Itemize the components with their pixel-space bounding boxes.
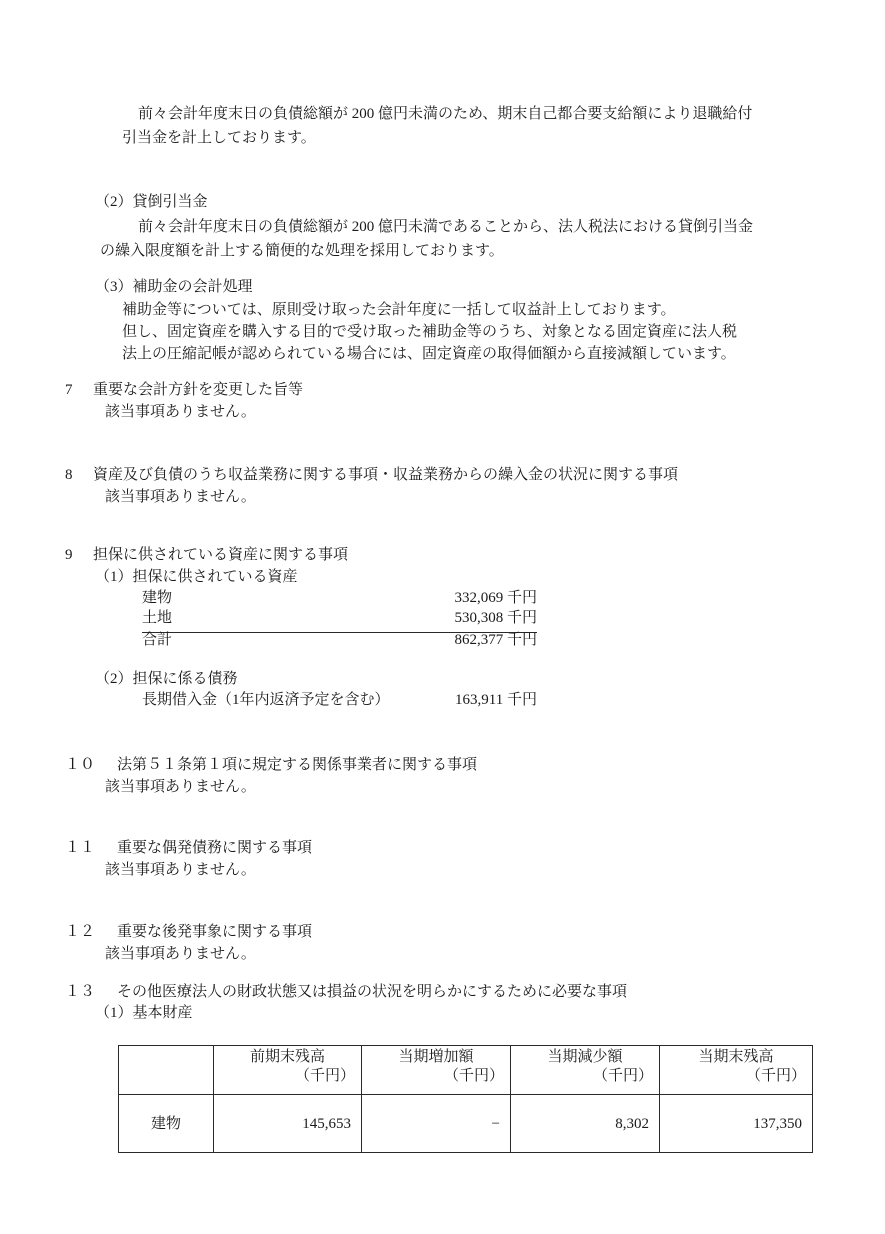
section-7-heading: 7重要な会計方針を変更した旨等 [65,380,303,400]
row-label-building: 建物 [119,1095,214,1153]
header-cell-increase: 当期増加額 （千円） [362,1046,511,1095]
secured-debt-value: 163,911 千円 [455,690,537,710]
section-12-heading: １２重要な後発事象に関する事項 [65,922,312,942]
collateral-row-total-value: 862,377 千円 [454,630,537,650]
collateral-row-land-value: 530,308 千円 [454,608,537,628]
section-10-heading: １０法第５１条第１項に規定する関係事業者に関する事項 [65,755,477,775]
section-11-heading: １１重要な偶発債務に関する事項 [65,838,312,858]
subsection-3-line3: 法上の圧縮記帳が認められている場合には、固定資産の取得価額から直接減額しています… [122,344,736,364]
section-11-title: 重要な偶発債務に関する事項 [117,840,312,856]
section-11-number: １１ [65,838,117,858]
section-9-sub2-heading: （2）担保に係る債務 [95,669,238,689]
section-13-sub1-heading: （1）基本財産 [95,1003,193,1023]
section-13-title: その他医療法人の財政状態又は損益の状況を明らかにするために必要な事項 [117,984,627,1000]
section-12-body: 該当事項ありません。 [105,944,256,964]
subsection-2-line1: 前々会計年度末日の負債総額が 200 億円未満であることから、法人税法における貸… [138,217,753,237]
intro-paragraph-line2: 引当金を計上しております。 [122,128,316,148]
collateral-row-total-label: 合計 [142,630,172,650]
header-cell-empty [119,1046,214,1095]
section-7-number: 7 [65,380,93,400]
section-11-body: 該当事項ありません。 [105,860,256,880]
fundamental-assets-table: 前期末残高 （千円） 当期増加額 （千円） 当期減少額 （千円） 当期末残高 （… [118,1045,813,1153]
section-9-heading: 9担保に供されている資産に関する事項 [65,545,348,565]
section-13-number: １３ [65,982,117,1002]
section-7-title: 重要な会計方針を変更した旨等 [93,382,303,398]
section-7-body: 該当事項ありません。 [105,402,256,422]
collateral-row-building-label: 建物 [142,588,172,608]
section-8-number: 8 [65,465,93,485]
subsection-3-heading: （3）補助金の会計処理 [95,277,253,297]
section-9-sub1-heading: （1）担保に供されている資産 [95,567,298,587]
collateral-row-total: 合計 862,377 千円 [142,630,537,650]
section-9-title: 担保に供されている資産に関する事項 [93,547,348,563]
section-10-body: 該当事項ありません。 [105,777,256,797]
section-12-number: １２ [65,922,117,942]
document-page: 前々会計年度末日の負債総額が 200 億円未満のため、期末自己都合要支給額により… [0,0,885,1234]
header-cell-decrease: 当期減少額 （千円） [511,1046,660,1095]
section-12-title: 重要な後発事象に関する事項 [117,924,312,940]
subsection-3-line1: 補助金等については、原則受け取った会計年度に一括して収益計上しております。 [122,300,676,320]
table-row: 建物 145,653 − 8,302 137,350 [119,1095,813,1153]
section-8-heading: 8資産及び負債のうち収益業務に関する事項・収益業務からの繰入金の状況に関する事項 [65,465,678,485]
intro-paragraph-line1: 前々会計年度末日の負債総額が 200 億円未満のため、期末自己都合要支給額により… [138,104,752,124]
section-9-number: 9 [65,545,93,565]
row-building-decrease: 8,302 [511,1095,660,1153]
header-cell-ending-balance: 当期末残高 （千円） [660,1046,813,1095]
collateral-row-building: 建物 332,069 千円 [142,588,537,608]
section-10-number: １０ [65,755,117,775]
subsection-3-line2: 但し、固定資産を購入する目的で受け取った補助金等のうち、対象となる固定資産に法人… [122,322,737,342]
subsection-2-heading: （2）貸倒引当金 [95,192,208,212]
section-8-title: 資産及び負債のうち収益業務に関する事項・収益業務からの繰入金の状況に関する事項 [93,467,678,483]
section-8-body: 該当事項ありません。 [105,487,256,507]
row-building-increase: − [362,1095,511,1153]
subsection-2-line2: の繰入限度額を計上する簡便的な処理を採用しております。 [100,241,504,261]
table-header-row: 前期末残高 （千円） 当期増加額 （千円） 当期減少額 （千円） 当期末残高 （… [119,1046,813,1095]
secured-debt-label: 長期借入金（1年内返済予定を含む） [142,690,390,710]
secured-debt-row: 長期借入金（1年内返済予定を含む） 163,911 千円 [142,690,537,710]
section-13-heading: １３その他医療法人の財政状態又は損益の状況を明らかにするために必要な事項 [65,982,627,1002]
section-10-title: 法第５１条第１項に規定する関係事業者に関する事項 [117,757,477,773]
collateral-row-building-value: 332,069 千円 [454,588,537,608]
row-building-prior-balance: 145,653 [214,1095,362,1153]
row-building-ending-balance: 137,350 [660,1095,813,1153]
collateral-row-land-label: 土地 [142,608,172,628]
header-cell-prior-balance: 前期末残高 （千円） [214,1046,362,1095]
